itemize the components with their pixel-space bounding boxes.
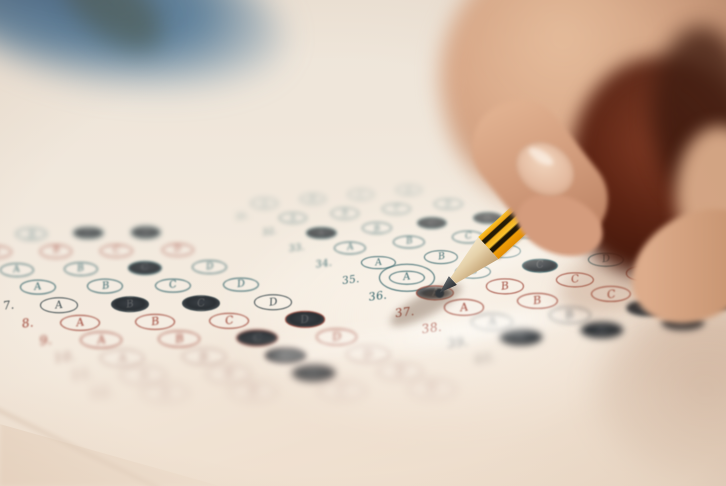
answer-bubble: D <box>434 198 462 209</box>
bubble-letter: A <box>160 386 170 400</box>
bubble-letter: B <box>77 264 84 274</box>
question-number-label: 31. <box>236 211 250 222</box>
bubble-letter: B <box>224 367 234 381</box>
bubble-letter: A <box>13 265 20 275</box>
answer-bubble: A <box>361 256 395 270</box>
answer-bubble: B <box>206 365 252 384</box>
question-number-label: 9. <box>40 332 53 349</box>
answer-bubble: D <box>377 363 423 382</box>
answer-bubble: C <box>182 295 220 311</box>
bubble-letter: D <box>406 186 412 194</box>
bubble-letter: B <box>28 229 34 238</box>
bubble-letter: C <box>464 232 471 242</box>
bubble-letter: C <box>225 314 234 326</box>
question-number-label: 10. <box>53 349 76 367</box>
question-number-label: 40. <box>474 350 497 369</box>
bubble-letter: D <box>445 200 452 209</box>
answer-bubble: A <box>100 349 144 367</box>
bubble-letter: B <box>342 209 348 218</box>
answer-bubble: B <box>393 236 425 249</box>
bubble-letter: C <box>535 260 543 271</box>
bubble-letter: A <box>375 258 382 268</box>
bubble-letter: B <box>437 252 444 262</box>
answer-bubble: A <box>141 383 189 402</box>
answer-bubble: C <box>236 329 278 346</box>
answer-bubble: B <box>158 331 200 348</box>
bubble-letter: B <box>310 195 316 203</box>
answer-bubble: D <box>161 243 193 256</box>
answer-bubble: A <box>60 314 100 330</box>
bubble-letter: C <box>337 383 347 397</box>
bubble-letter: B <box>53 246 60 256</box>
question-number-label: 7. <box>3 297 15 313</box>
answer-bubble: A <box>251 198 277 209</box>
hand-drawn-circle <box>379 263 435 291</box>
bubble-letter: B <box>405 238 412 248</box>
answer-bubble: A <box>334 241 366 254</box>
answer-bubble: D <box>223 277 259 292</box>
bubble-letter: A <box>318 228 324 237</box>
bubble-letter: B <box>150 316 158 328</box>
answer-bubble: B <box>16 228 46 240</box>
answer-bubble: D <box>254 294 292 310</box>
bubble-letter: C <box>429 218 436 227</box>
answer-bubble: C <box>417 217 447 229</box>
answer-bubble: A <box>121 366 167 385</box>
bubble-letter: A <box>403 272 411 283</box>
answer-bubble: C <box>73 227 103 239</box>
answer-bubble: B <box>182 348 226 366</box>
answer-bubble: A <box>0 263 34 277</box>
answer-bubble: B <box>64 262 98 276</box>
bubble-letter: C <box>358 190 364 198</box>
answer-bubble: C <box>291 364 337 383</box>
bubble-letter: D <box>237 279 245 290</box>
answer-bubble: B <box>135 313 175 329</box>
answer-bubble: B <box>111 296 149 312</box>
bubble-letter: C <box>141 263 149 273</box>
answer-bubble: D <box>285 311 325 327</box>
question-number-label: 8. <box>21 315 34 331</box>
answer-bubble: C <box>318 381 366 400</box>
answer-bubble: A <box>20 280 56 295</box>
answer-bubble: A <box>306 227 336 239</box>
bubble-letter: B <box>374 223 380 232</box>
bubble-letter: A <box>460 301 468 313</box>
answer-bubble: B <box>299 193 325 204</box>
bubble-letter: A <box>139 369 149 383</box>
bubble-letter: D <box>142 228 149 237</box>
bubble-letter: A <box>290 214 296 223</box>
answer-bubble: A <box>40 297 78 313</box>
answer-bubble: D <box>131 226 161 238</box>
bubble-letter: C <box>253 332 262 345</box>
answer-bubble: A <box>0 246 12 259</box>
bubble-letter: A <box>55 299 63 310</box>
bubble-letter: D <box>395 365 405 379</box>
answer-bubble: C <box>128 261 162 275</box>
answer-bubble: B <box>331 208 359 219</box>
bubble-letter: A <box>118 351 127 364</box>
answer-bubble: B <box>362 222 392 234</box>
answer-bubble: A <box>279 212 307 223</box>
question-number-label: 32. <box>262 226 277 238</box>
bubble-letter: B <box>102 281 110 292</box>
bubble-letter: A <box>34 282 42 293</box>
answer-bubble: B <box>40 245 72 258</box>
question-number-label: 35. <box>342 273 360 287</box>
bubble-letter: C <box>169 280 177 291</box>
answer-bubble: C <box>155 278 191 293</box>
bubble-letter: B <box>175 333 184 346</box>
bubble-letter: C <box>197 297 205 308</box>
bubble-letter: D <box>484 213 491 222</box>
bubble-letter: D <box>174 245 181 255</box>
answer-bubble: A <box>80 332 122 349</box>
bubble-letter: B <box>199 350 208 363</box>
bubble-letter: B <box>248 385 258 399</box>
answer-bubble: B <box>486 278 524 293</box>
question-number-label: 33. <box>289 241 305 254</box>
question-number-label: 12. <box>90 383 114 402</box>
photo-scene: 3.ABCD4.ABCD5.ABCD6.ABCD7.ABCD8.ABCD9.AB… <box>0 0 726 486</box>
bubble-letter: D <box>269 296 278 307</box>
bubble-letter: A <box>76 317 84 329</box>
bubble-letter: A <box>97 334 106 347</box>
bubble-letter: A <box>262 199 268 207</box>
bubble-letter: D <box>427 382 438 396</box>
answer-bubble: C <box>382 203 410 214</box>
bubble-letter: C <box>85 228 92 237</box>
bubble-letter: D <box>300 313 309 325</box>
question-number-label: 36. <box>368 288 387 303</box>
answer-bubble: B <box>87 279 123 294</box>
bubble-letter: A <box>346 243 353 253</box>
bubble-letter: C <box>393 204 399 213</box>
bubble-letter: D <box>205 262 213 272</box>
answer-bubble: C <box>209 312 249 328</box>
question-number-label: 11. <box>72 366 96 385</box>
answer-bubble: D <box>408 380 456 399</box>
bubble-letter: B <box>597 323 606 336</box>
bubble-letter: C <box>309 366 319 380</box>
bubble-letter: B <box>501 280 509 292</box>
question-number-label: 34. <box>315 257 332 270</box>
answer-bubble: B <box>230 382 278 401</box>
answer-bubble: D <box>192 260 226 274</box>
answer-bubble: C <box>348 189 374 200</box>
answer-bubble: A <box>389 270 425 285</box>
bubble-letter: B <box>126 298 134 309</box>
bubble-letter: C <box>113 246 120 256</box>
answer-bubble: C <box>100 244 132 257</box>
answer-bubble: D <box>396 185 422 196</box>
